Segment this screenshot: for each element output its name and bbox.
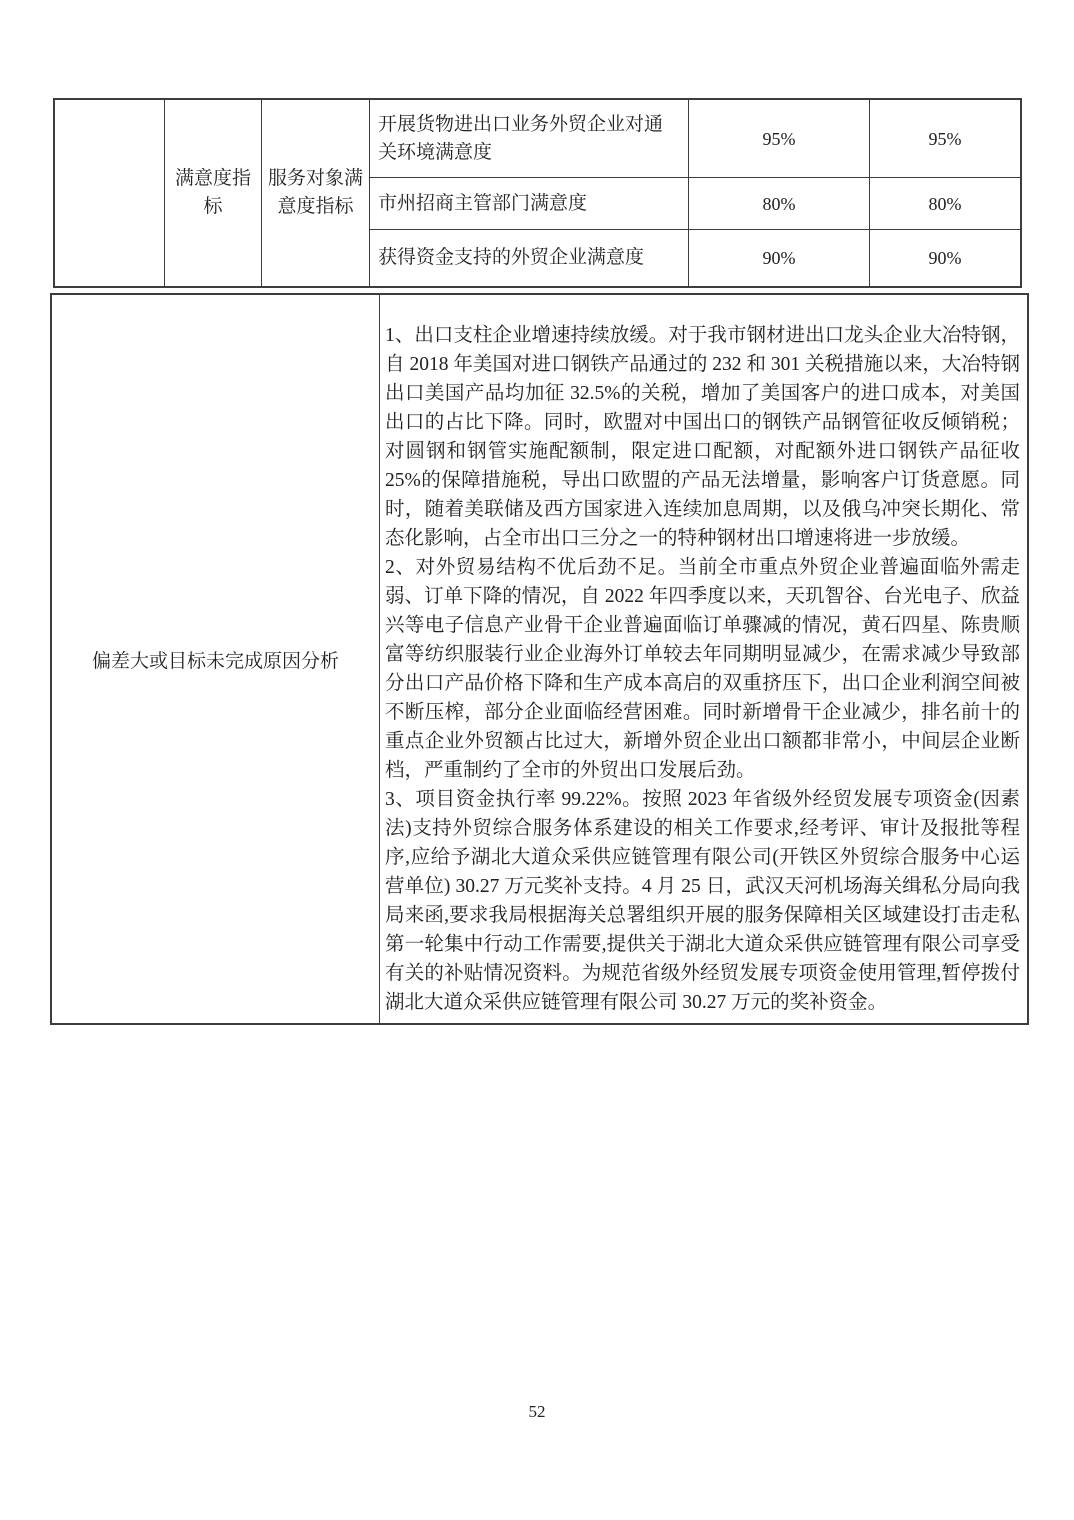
indicator-group-label: 满意度指标 xyxy=(171,165,255,221)
table-row-actual-value: 95% xyxy=(870,100,1020,178)
table-row-indicator-name: 获得资金支持的外贸企业满意度 xyxy=(370,230,689,286)
table-row-actual-value: 90% xyxy=(870,230,1020,286)
table-row-indicator-name: 开展货物进出口业务外贸企业对通关环境满意度 xyxy=(370,100,689,178)
table-row-target-value: 90% xyxy=(689,230,870,286)
satisfaction-indicators-table: 满意度指标 服务对象满意度指标 开展货物进出口业务外贸企业对通关环境满意度 95… xyxy=(53,98,1022,288)
indicator-subgroup-label: 服务对象满意度指标 xyxy=(268,165,363,221)
deviation-analysis-table: 偏差大或目标未完成原因分析 1、出口支柱企业增速持续放缓。对于我市钢材进出口龙头… xyxy=(50,293,1029,1025)
analysis-paragraph: 2、对外贸易结构不优后劲不足。当前全市重点外贸企业普遍面临外需走弱、订单下降的情… xyxy=(385,553,1020,785)
table-row-actual-value: 80% xyxy=(870,178,1020,230)
table-row-indicator-name: 市州招商主管部门满意度 xyxy=(370,178,689,230)
analysis-paragraph: 1、出口支柱企业增速持续放缓。对于我市钢材进出口龙头企业大冶特钢，自 2018 … xyxy=(385,321,1020,553)
indicator-subgroup-cell: 服务对象满意度指标 xyxy=(262,100,370,286)
document-page: 满意度指标 服务对象满意度指标 开展货物进出口业务外贸企业对通关环境满意度 95… xyxy=(0,0,1074,1520)
analysis-content-cell: 1、出口支柱企业增速持续放缓。对于我市钢材进出口龙头企业大冶特钢，自 2018 … xyxy=(380,295,1027,1023)
table-row-target-value: 80% xyxy=(689,178,870,230)
analysis-label-cell: 偏差大或目标未完成原因分析 xyxy=(52,295,380,1023)
empty-spanning-cell xyxy=(55,100,165,286)
table-row-target-value: 95% xyxy=(689,100,870,178)
analysis-label: 偏差大或目标未完成原因分析 xyxy=(92,646,339,673)
indicator-group-cell: 满意度指标 xyxy=(165,100,262,286)
analysis-paragraph: 3、项目资金执行率 99.22%。按照 2023 年省级外经贸发展专项资金(因素… xyxy=(385,785,1020,1017)
page-number: 52 xyxy=(0,1402,1074,1422)
